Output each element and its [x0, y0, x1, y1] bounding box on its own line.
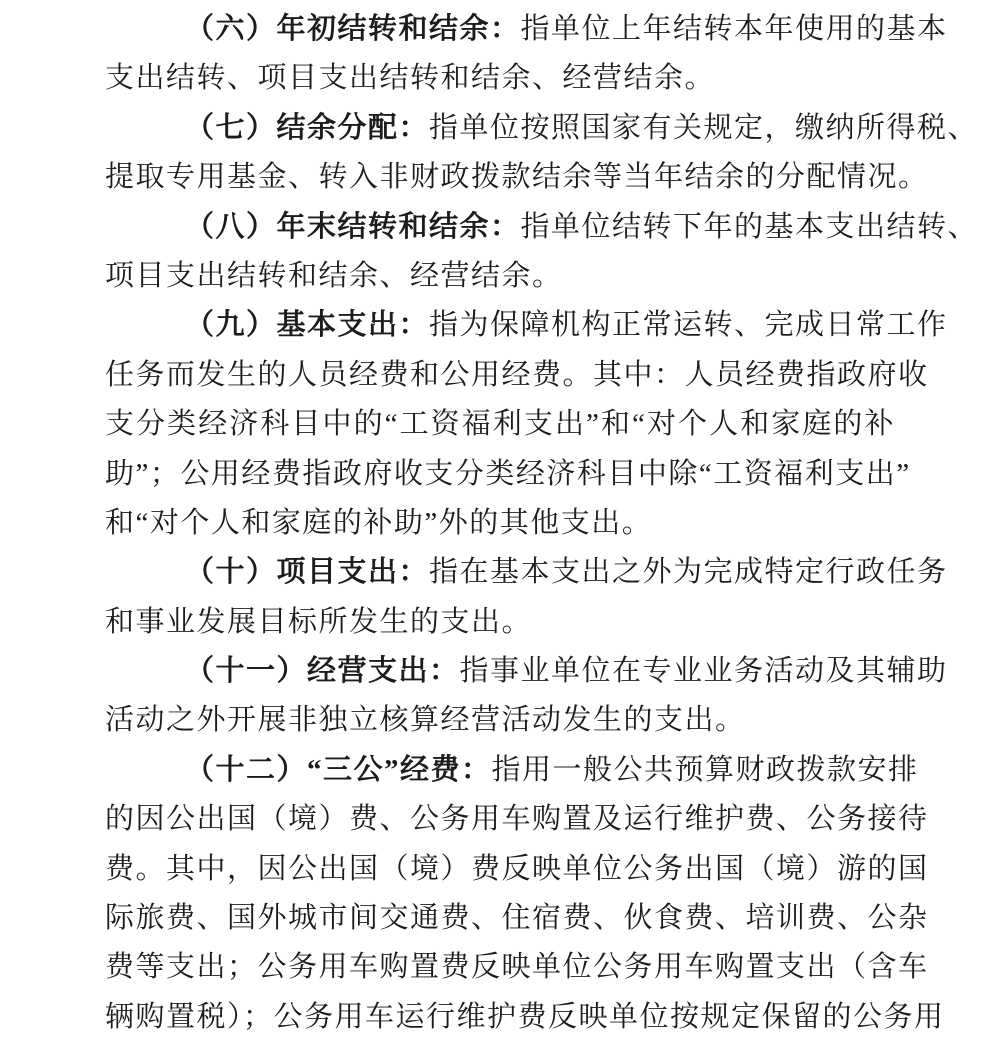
line-text: 助”；公用经费指政府收支分类经济科目中除“工资福利支出” — [105, 458, 911, 490]
line-text: 项目支出结转和结余、经营结余。 — [105, 260, 563, 292]
text-line: （六）年初结转和结余：指单位上年结转本年使用的基本 — [105, 5, 895, 54]
document-page: （六）年初结转和结余：指单位上年结转本年使用的基本 支出结转、项目支出结转和结余… — [105, 5, 895, 1042]
text-line: 支分类经济科目中的“工资福利支出”和“对个人和家庭的补 — [105, 400, 895, 449]
line-text: 的因公出国（境）费、公务用车购置及运行维护费、公务接待 — [105, 803, 929, 835]
line-text: 际旅费、国外城市间交通费、住宿费、伙食费、培训费、公杂 — [105, 902, 929, 934]
line-text: 和“对个人和家庭的补助”外的其他支出。 — [105, 507, 652, 539]
text-line: 的因公出国（境）费、公务用车购置及运行维护费、公务接待 — [105, 795, 895, 844]
text-line: 费。其中，因公出国（境）费反映单位公务出国（境）游的国 — [105, 845, 895, 894]
text-line: 和“对个人和家庭的补助”外的其他支出。 — [105, 499, 895, 548]
line-text: 指为保障机构正常运转、完成日常工作 — [429, 309, 948, 341]
text-line: 支出结转、项目支出结转和结余、经营结余。 — [105, 54, 895, 103]
line-text: 提取专用基金、转入非财政拨款结余等当年结余的分配情况。 — [105, 161, 929, 193]
line-text: 指用一般公共预算财政拨款安排 — [492, 754, 919, 786]
text-line: （九）基本支出：指为保障机构正常运转、完成日常工作 — [105, 301, 895, 350]
line-text: 费。其中，因公出国（境）费反映单位公务出国（境）游的国 — [105, 853, 929, 885]
line-text: 指单位按照国家有关规定，缴纳所得税、 — [429, 112, 978, 144]
text-line: 活动之外开展非独立核算经营活动发生的支出。 — [105, 696, 895, 745]
term-label: （九）基本支出： — [185, 309, 429, 341]
line-text: 任务而发生的人员经费和公用经费。其中：人员经费指政府收 — [105, 359, 929, 391]
text-line: 助”；公用经费指政府收支分类经济科目中除“工资福利支出” — [105, 450, 895, 499]
line-text: 指单位上年结转本年使用的基本 — [521, 13, 948, 45]
text-line: （八）年末结转和结余：指单位结转下年的基本支出结转、 — [105, 203, 895, 252]
line-text: 费等支出；公务用车购置费反映单位公务用车购置支出（含车 — [105, 951, 929, 983]
text-line: 任务而发生的人员经费和公用经费。其中：人员经费指政府收 — [105, 351, 895, 400]
term-label: （十一）经营支出： — [185, 655, 460, 687]
line-text: 支出结转、项目支出结转和结余、经营结余。 — [105, 62, 715, 94]
line-text: 活动之外开展非独立核算经营活动发生的支出。 — [105, 704, 746, 736]
text-line: （十一）经营支出：指事业单位在专业业务活动及其辅助 — [105, 647, 895, 696]
text-line: 际旅费、国外城市间交通费、住宿费、伙食费、培训费、公杂 — [105, 894, 895, 943]
term-label: （六）年初结转和结余： — [185, 13, 521, 45]
text-line: （十）项目支出：指在基本支出之外为完成特定行政任务 — [105, 548, 895, 597]
line-text: 指单位结转下年的基本支出结转、 — [521, 211, 979, 243]
text-line: 辆购置税）；公务用车运行维护费反映单位按规定保留的公务用 — [105, 993, 895, 1042]
text-line: （十二）“三公”经费：指用一般公共预算财政拨款安排 — [105, 746, 895, 795]
line-text: 指在基本支出之外为完成特定行政任务 — [429, 556, 948, 588]
text-line: 和事业发展目标所发生的支出。 — [105, 598, 895, 647]
term-label: （八）年末结转和结余： — [185, 211, 521, 243]
text-line: 项目支出结转和结余、经营结余。 — [105, 252, 895, 301]
text-line: （七）结余分配：指单位按照国家有关规定，缴纳所得税、 — [105, 104, 895, 153]
line-text: 指事业单位在专业业务活动及其辅助 — [460, 655, 948, 687]
text-line: 提取专用基金、转入非财政拨款结余等当年结余的分配情况。 — [105, 153, 895, 202]
line-text: 和事业发展目标所发生的支出。 — [105, 606, 532, 638]
term-label: （十）项目支出： — [185, 556, 429, 588]
term-label: （七）结余分配： — [185, 112, 429, 144]
term-label: （十二）“三公”经费： — [185, 754, 492, 786]
line-text: 辆购置税）；公务用车运行维护费反映单位按规定保留的公务用 — [105, 1001, 945, 1033]
line-text: 支分类经济科目中的“工资福利支出”和“对个人和家庭的补 — [105, 408, 895, 440]
text-line: 费等支出；公务用车购置费反映单位公务用车购置支出（含车 — [105, 943, 895, 992]
